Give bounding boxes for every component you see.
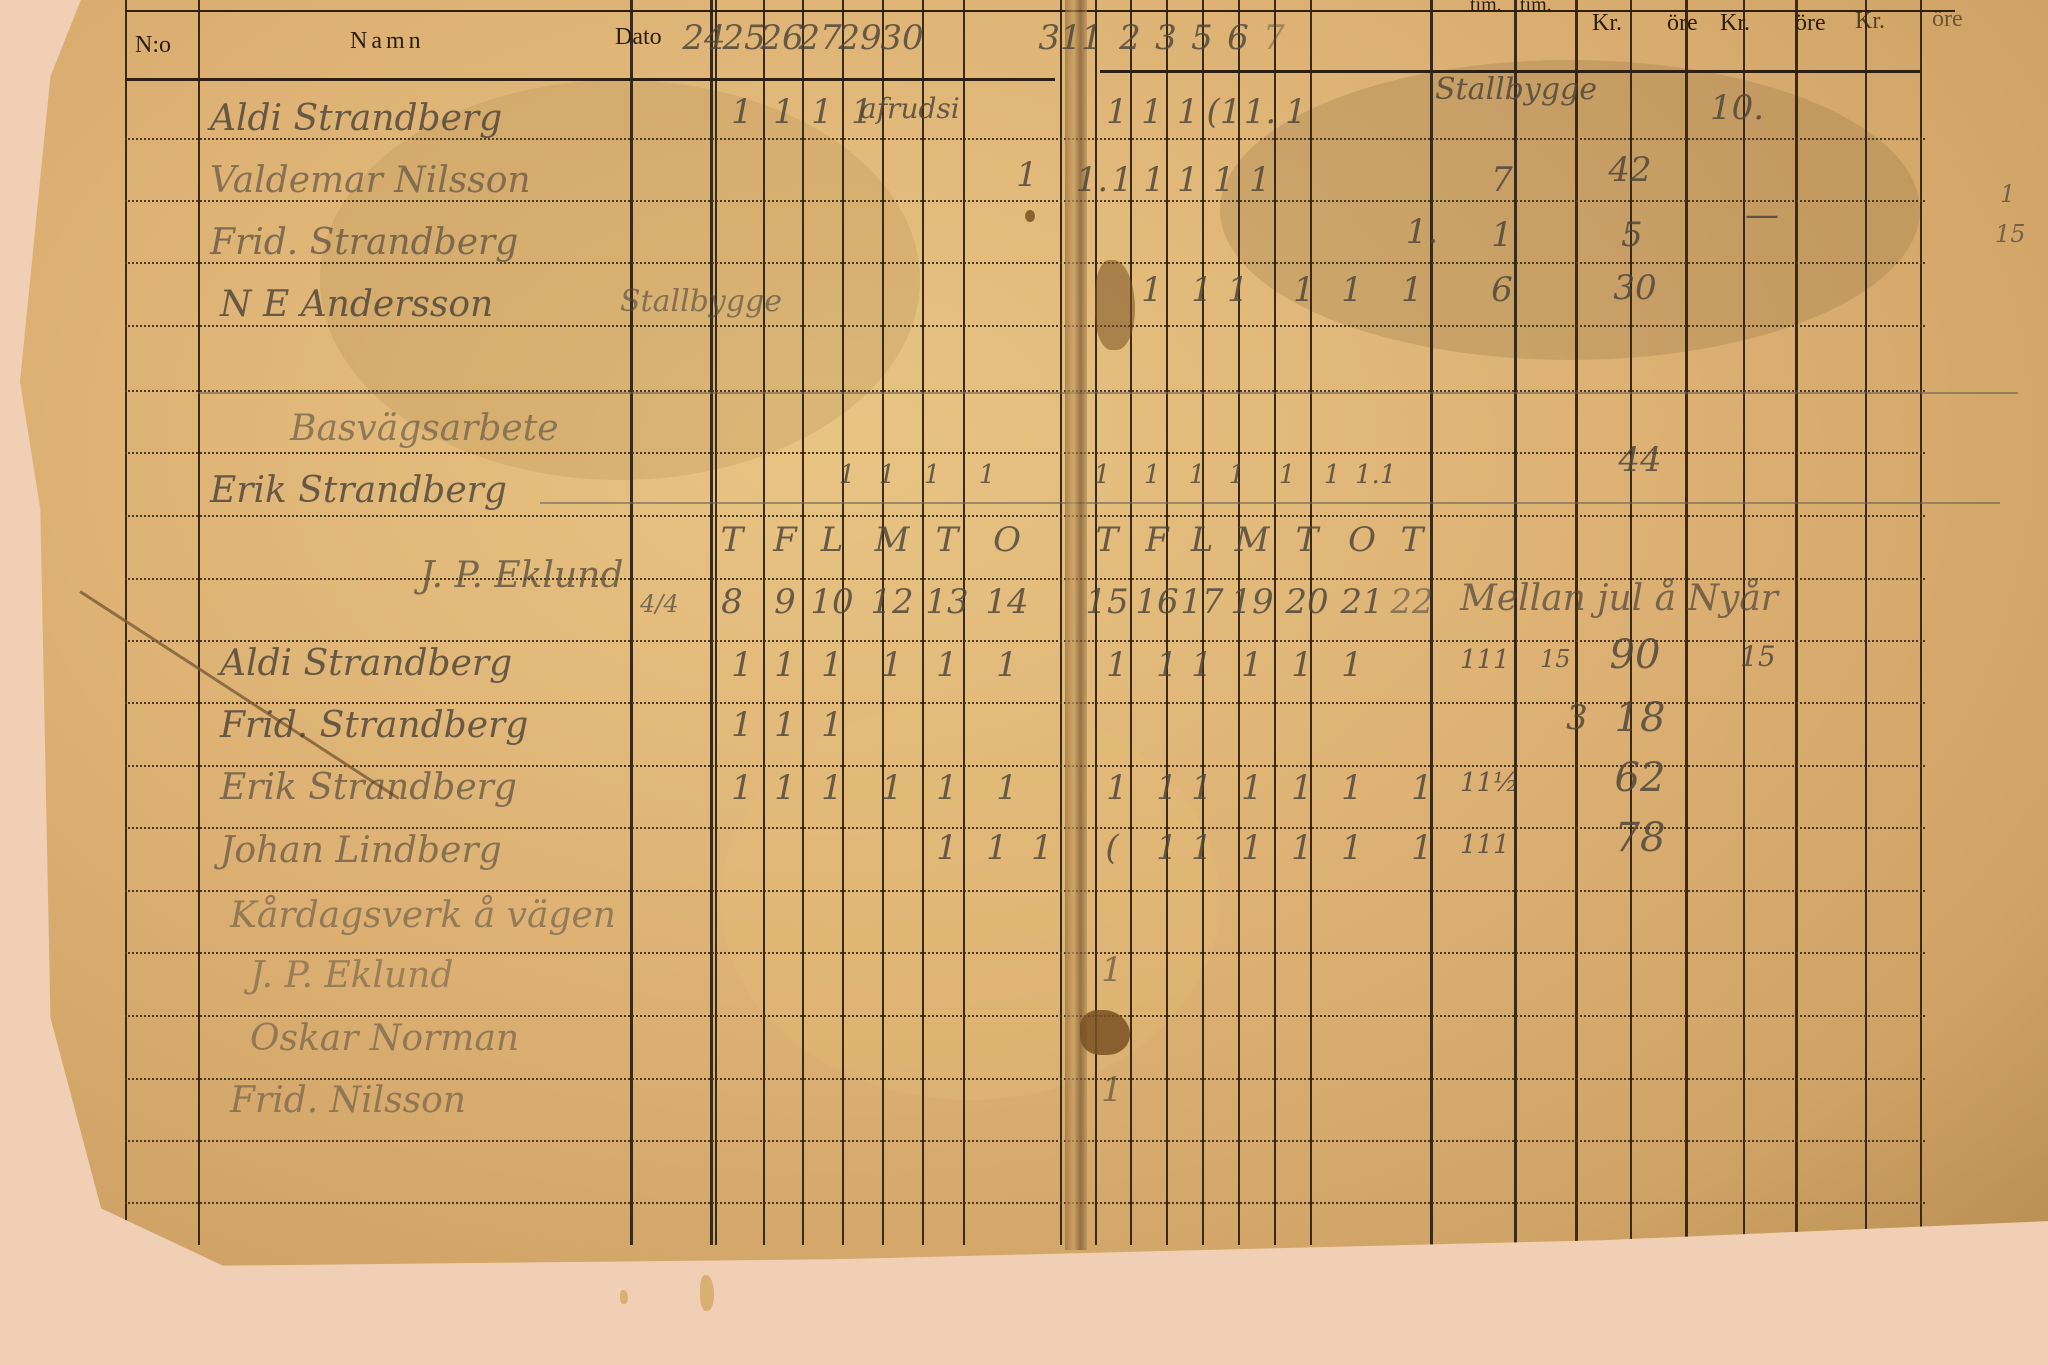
row-rule: [125, 325, 1925, 327]
day-mark: 1: [975, 828, 1019, 868]
hours-value: 111: [1460, 830, 1510, 860]
day-mark: 1: [870, 645, 914, 685]
period-note: Mellan jul å Nyår: [1460, 578, 1778, 619]
day-mark: 1: [925, 645, 969, 685]
hours-value: 11½: [1460, 768, 1518, 798]
day-mark: 1: [1020, 828, 1064, 868]
row-rule: [125, 890, 1925, 892]
weekday-letter: L: [1180, 520, 1224, 560]
day-mark: 1: [1282, 270, 1326, 310]
weekday-letter: L: [810, 520, 854, 560]
amount-kr: 62: [1605, 755, 1675, 801]
day-number: 13: [925, 582, 969, 622]
column-rule: [802, 0, 804, 1245]
day-mark: 1: [1390, 270, 1434, 310]
paper-damage: [1080, 1010, 1130, 1055]
weekday-letter: T: [1285, 520, 1329, 560]
day-mark: 1: [1215, 460, 1259, 490]
weekday-letter: T: [1085, 520, 1129, 560]
day-mark: 1: [870, 768, 914, 808]
amount-kr: 42: [1600, 150, 1660, 190]
column-rule: [1795, 0, 1798, 1245]
day-mark: 1: [1310, 460, 1354, 490]
worker-name: Frid. Strandberg: [210, 222, 518, 263]
column-rule: [1920, 0, 1922, 1245]
weekday-letter: F: [763, 520, 807, 560]
day-mark: 1: [925, 768, 969, 808]
day-mark: 1: [1330, 645, 1374, 685]
margin-note: 1: [2000, 180, 2015, 208]
hours-value: 3: [1555, 698, 1599, 738]
day-mark: 1.: [1400, 212, 1444, 252]
day-mark: 1: [1265, 460, 1309, 490]
work-note: Stallbygge: [620, 284, 782, 319]
row-rule: [125, 1140, 1925, 1142]
weekday-letter: F: [1135, 520, 1179, 560]
day-mark: 1: [825, 460, 869, 490]
col-header-kr-1: Kr.: [1592, 10, 1622, 37]
day-number: 15: [1085, 582, 1129, 622]
absence-note: afrudsi: [860, 92, 960, 125]
day-mark: 1: [1400, 828, 1444, 868]
day-mark: 1: [720, 768, 764, 808]
work-note: Stallbygge: [1435, 72, 1597, 107]
day-header: 30: [880, 18, 924, 58]
hours-value: 111: [1460, 645, 1510, 675]
worker-name: Johan Lindberg: [220, 830, 502, 871]
amount-kr: 90: [1600, 632, 1670, 678]
day-mark: 1: [985, 645, 1029, 685]
day-number: 10: [810, 582, 854, 622]
column-rule: [1310, 0, 1312, 1245]
day-mark: 1: [763, 705, 807, 745]
day-mark: (: [1090, 828, 1134, 868]
day-mark: 1: [985, 768, 1029, 808]
day-mark: 1: [1180, 768, 1224, 808]
column-rule: [922, 0, 924, 1245]
day-mark: 1: [910, 460, 954, 490]
day-mark: 1: [810, 645, 854, 685]
row-rule: [540, 502, 2000, 504]
day-header: 29: [838, 18, 882, 58]
col-header-ore-2: öre: [1795, 10, 1826, 37]
col-header-kr-3: Kr.: [1855, 8, 1885, 35]
amount-kr: 15: [1740, 640, 1776, 673]
worker-name: N E Andersson: [220, 284, 493, 325]
column-rule: [715, 0, 717, 1245]
day-mark: 1: [1175, 460, 1219, 490]
day-mark: 1: [1180, 828, 1224, 868]
day-number: 12: [870, 582, 914, 622]
day-mark: 1: [810, 768, 854, 808]
worker-name: Erik Strandberg: [210, 470, 507, 511]
column-rule: [1430, 0, 1433, 1245]
col-header-ore-3: öre: [1932, 6, 1963, 33]
stain: [720, 700, 1220, 1100]
column-rule: [963, 0, 965, 1245]
column-rule: [1865, 0, 1867, 1245]
row-rule: [125, 1015, 1925, 1017]
weekday-letter: O: [985, 520, 1029, 560]
margin-note: 15: [1995, 220, 2026, 248]
amount-dash: —: [1740, 195, 1784, 235]
column-rule: [842, 0, 844, 1245]
day-mark: 1: [1280, 768, 1324, 808]
day-mark: 1: [1090, 950, 1134, 990]
weekday-letter: M: [1230, 520, 1274, 560]
row-rule: [125, 78, 1055, 81]
column-rule: [1743, 0, 1745, 1245]
paper-fragment: [620, 1290, 628, 1304]
day-mark: 1: [1400, 768, 1444, 808]
date-fraction: 4/4: [640, 590, 679, 618]
amount-kr: 78: [1605, 815, 1675, 861]
col-header-kr-2: Kr.: [1720, 10, 1750, 37]
paper-damage: [1095, 260, 1135, 350]
day-mark: 1: [925, 828, 969, 868]
day-header: 27: [798, 18, 842, 58]
section-heading: Basvägsarbete: [290, 408, 559, 449]
day-number: 14: [985, 582, 1029, 622]
column-rule: [763, 0, 765, 1245]
ledger-page: N:o Namn Dato tim. tim. Kr. öre Kr. öre …: [20, 0, 2048, 1272]
day-number: 22: [1390, 582, 1434, 622]
worker-name: Valdemar Nilsson: [210, 160, 531, 201]
amount-kr: 44: [1610, 440, 1670, 480]
column-rule: [1060, 0, 1062, 1245]
col-header-hours-1: tim.: [1470, 0, 1502, 17]
row-rule: [125, 1202, 1925, 1204]
column-rule: [630, 0, 633, 1245]
weekday-letter: T: [710, 520, 754, 560]
weekday-letter: T: [925, 520, 969, 560]
day-number: 9: [763, 582, 807, 622]
day-mark: 1: [1230, 645, 1274, 685]
column-rule: [1575, 0, 1578, 1245]
day-header: 24: [682, 18, 726, 58]
amount-kr: 30: [1605, 268, 1665, 308]
foreman-name: J. P. Eklund: [420, 555, 623, 596]
worker-name: Aldi Strandberg: [210, 98, 502, 139]
weekday-letter: M: [870, 520, 914, 560]
day-mark: 1.1: [1355, 460, 1396, 490]
row-rule: [125, 952, 1925, 954]
day-number: 21: [1340, 582, 1384, 622]
day-number: 16: [1135, 582, 1179, 622]
hours-value: 15: [1540, 645, 1571, 673]
col-header-ore-1: öre: [1667, 10, 1698, 37]
worker-name: Frid. Nilsson: [230, 1080, 466, 1121]
day-mark: 1: [1238, 160, 1282, 200]
paper-fragment: [700, 1275, 714, 1311]
amount-kr: 5: [1610, 215, 1654, 255]
col-header-no: N:o: [135, 32, 171, 59]
day-mark: 1: [1080, 460, 1124, 490]
day-mark: 1: [1095, 645, 1139, 685]
column-rule: [710, 0, 713, 1245]
day-mark: 1: [1090, 1070, 1134, 1110]
day-number: 8: [710, 582, 754, 622]
worker-name: Frid. Strandberg: [220, 705, 528, 746]
day-mark: 1: [1005, 155, 1049, 195]
amount-kr: 18: [1605, 695, 1675, 741]
day-mark: 1: [1330, 768, 1374, 808]
amount-kr: 10.: [1710, 88, 1764, 128]
day-mark: 1: [1130, 270, 1174, 310]
worker-name: Aldi Strandberg: [220, 643, 512, 684]
col-header-date: Dato: [615, 24, 662, 51]
weekday-letter: T: [1390, 520, 1434, 560]
day-mark: 1: [965, 460, 1009, 490]
day-mark: 1: [800, 92, 844, 132]
column-rule: [198, 0, 200, 1245]
row-rule: [198, 392, 2018, 394]
day-mark: 1: [1280, 645, 1324, 685]
day-mark: 1: [720, 92, 764, 132]
day-mark: 1: [810, 705, 854, 745]
day-number: 20: [1285, 582, 1329, 622]
column-rule: [1685, 0, 1688, 1245]
day-mark: 1: [1216, 270, 1260, 310]
worker-name: J. P. Eklund: [250, 955, 453, 996]
weekday-letter: O: [1340, 520, 1384, 560]
day-mark: 1: [1330, 270, 1374, 310]
worker-name: Oskar Norman: [250, 1018, 519, 1059]
day-header: 7: [1252, 18, 1296, 58]
day-mark: 1: [1230, 828, 1274, 868]
hours-value: 6: [1480, 270, 1524, 310]
day-number: 17: [1180, 582, 1224, 622]
day-mark: 1: [763, 768, 807, 808]
day-mark: 1: [720, 705, 764, 745]
day-mark: 1: [1130, 460, 1174, 490]
day-mark: 1: [1230, 768, 1274, 808]
row-rule: [125, 515, 1925, 517]
day-number: 19: [1230, 582, 1274, 622]
day-mark: 1: [1274, 92, 1318, 132]
day-mark: 1: [865, 460, 909, 490]
hours-value: 1: [1480, 215, 1524, 255]
column-rule: [882, 0, 884, 1245]
day-mark: 1: [1330, 828, 1374, 868]
section-heading: Kårdagsverk å vägen: [230, 895, 616, 936]
day-mark: 1: [1180, 645, 1224, 685]
ink-dot: [1025, 210, 1035, 222]
worker-name: Erik Strandberg: [220, 767, 517, 808]
day-mark: 1: [763, 645, 807, 685]
col-header-hours-2: tim.: [1520, 0, 1552, 17]
day-mark: 1: [1095, 768, 1139, 808]
col-header-name: Namn: [350, 28, 425, 55]
day-mark: 1: [720, 645, 764, 685]
day-mark: 1: [1280, 828, 1324, 868]
hours-value: 7: [1480, 160, 1524, 200]
